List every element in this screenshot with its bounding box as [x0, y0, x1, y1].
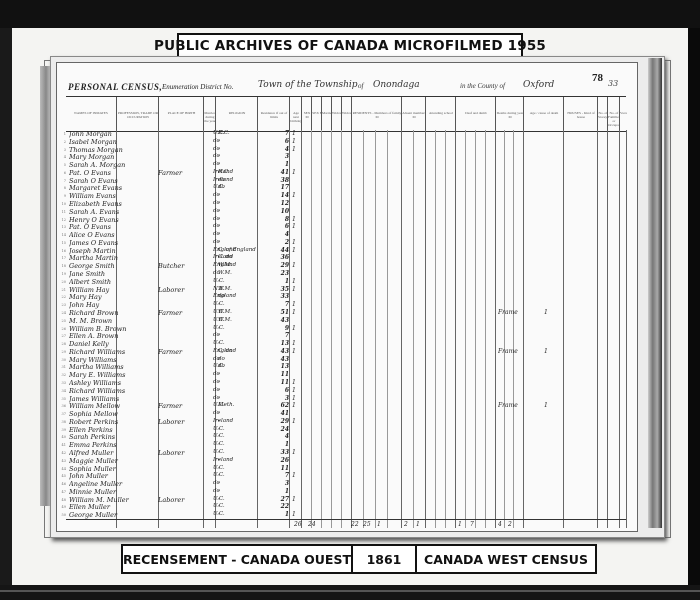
- religion: -: [218, 441, 258, 447]
- age: 1: [273, 511, 289, 518]
- row-number: 24: [58, 311, 66, 315]
- row-number: 6: [58, 171, 66, 175]
- religion: do: [218, 363, 258, 369]
- religion: -: [218, 223, 258, 229]
- age: 1: [273, 161, 289, 168]
- row-number: 4: [58, 155, 66, 159]
- religion: W.M.: [218, 262, 258, 268]
- col-header-vacant: Vacant: [619, 97, 627, 131]
- sex-mark: 1: [292, 247, 300, 254]
- row-number: 37: [58, 412, 66, 416]
- sex-mark: 1: [292, 418, 300, 425]
- age: 35: [273, 286, 289, 293]
- row-number: 41: [58, 443, 66, 447]
- row-number: 26: [58, 327, 66, 331]
- religion: -: [218, 496, 258, 502]
- row-number: 1: [58, 132, 66, 136]
- sex-mark: 1: [292, 387, 300, 394]
- religion: -: [218, 371, 258, 377]
- religion: do: [218, 293, 258, 299]
- microfilm-bottom-line: [0, 590, 700, 592]
- age: 13: [273, 340, 289, 347]
- storeys: 1: [544, 348, 564, 355]
- of-label: of: [358, 82, 363, 90]
- age: 27: [273, 496, 289, 503]
- religion: W.M.: [218, 309, 258, 315]
- religion: -: [218, 153, 258, 159]
- sex-mark: 1: [292, 301, 300, 308]
- religion: -: [218, 449, 258, 455]
- age: 1: [273, 488, 289, 495]
- form-title: PERSONAL CENSUS,: [68, 82, 162, 92]
- religion: -: [218, 231, 258, 237]
- row-number: 44: [58, 467, 66, 471]
- sex-mark: 1: [292, 262, 300, 269]
- row-number: 20: [58, 280, 66, 284]
- total-col-b: 1: [416, 521, 420, 528]
- sex-mark: 1: [292, 340, 300, 347]
- sex-mark: 1: [292, 138, 300, 145]
- age: 11: [273, 371, 289, 378]
- footer-year: 1861: [353, 546, 417, 572]
- row-number: 18: [58, 264, 66, 268]
- religion: -: [218, 340, 258, 346]
- grid-line: [626, 130, 627, 528]
- age: 26: [273, 457, 289, 464]
- religion: -: [218, 161, 258, 167]
- age: 36: [273, 254, 289, 261]
- age: 7: [273, 301, 289, 308]
- age: 22: [273, 503, 289, 510]
- total-col-d: 7: [470, 521, 474, 528]
- col-header-infirmities: Deaf and dumb: [455, 97, 496, 131]
- row-number: 3: [58, 148, 66, 152]
- religion: Meth.: [218, 402, 258, 408]
- col-header-names: NAMES OF INMATES: [66, 97, 116, 131]
- religion: do: [218, 356, 258, 362]
- row-number: 25: [58, 319, 66, 323]
- row-number: 10: [58, 202, 66, 206]
- col-header-school: Attending school: [425, 97, 456, 131]
- sex-mark: 1: [292, 286, 300, 293]
- age: 1: [273, 278, 289, 285]
- religion: -: [218, 472, 258, 478]
- age: 3: [273, 480, 289, 487]
- row-number: 29: [58, 350, 66, 354]
- row-number: 50: [58, 513, 66, 517]
- census-footer-banner: RECENSEMENT - CANADA OUEST 1861 CANADA W…: [121, 544, 597, 574]
- age: 41: [273, 169, 289, 176]
- page-number-suffix: 33: [608, 79, 618, 88]
- row-number: 34: [58, 389, 66, 393]
- religion: -: [218, 488, 258, 494]
- sex-mark: 1: [292, 348, 300, 355]
- row-number: 13: [58, 225, 66, 229]
- religion: W.M.: [218, 286, 258, 292]
- row-number: 21: [58, 288, 66, 292]
- storeys: 1: [544, 402, 564, 409]
- religion: -: [218, 301, 258, 307]
- religion: do: [218, 177, 258, 183]
- age: 38: [273, 177, 289, 184]
- table-header: NAMES OF INMATES PROFESSION, TRADE OR OC…: [66, 96, 626, 132]
- sex-mark: 1: [292, 223, 300, 230]
- col-header-birthplace: PLACE OF BIRTH: [158, 97, 204, 131]
- age: 24: [273, 426, 289, 433]
- total-members-f: 1: [377, 521, 381, 528]
- row-number: 7: [58, 179, 66, 183]
- col-header-absent: Absent members M: [401, 97, 426, 131]
- sex-mark: 1: [292, 472, 300, 479]
- county-value: Oxford: [523, 80, 554, 90]
- row-number: 27: [58, 334, 66, 338]
- row-number: 43: [58, 459, 66, 463]
- row-number: 49: [58, 505, 66, 509]
- religion: C. of England: [218, 247, 258, 253]
- sex-mark: 1: [292, 216, 300, 223]
- row-number: 2: [58, 140, 66, 144]
- row-number: 17: [58, 256, 66, 260]
- age: 29: [273, 418, 289, 425]
- age: 3: [273, 395, 289, 402]
- age: 17: [273, 184, 289, 191]
- sex-mark: 1: [292, 130, 300, 137]
- age: 7: [273, 472, 289, 479]
- religion: C. do: [218, 254, 258, 260]
- age: 33: [273, 449, 289, 456]
- age: 23: [273, 270, 289, 277]
- religion: -: [218, 239, 258, 245]
- county-label: in the County of: [460, 82, 505, 90]
- age: 11: [273, 379, 289, 386]
- religion: R.C.: [218, 130, 258, 136]
- form-title-row: PERSONAL CENSUS, Enumeration District No…: [68, 80, 628, 94]
- sex-mark: 1: [292, 395, 300, 402]
- sex-mark: 1: [292, 379, 300, 386]
- religion: -: [218, 433, 258, 439]
- age: 6: [273, 138, 289, 145]
- district-value: Town of the Township: [258, 80, 358, 90]
- religion: -: [218, 480, 258, 486]
- age: 12: [273, 200, 289, 207]
- total-sex-f: 24: [308, 521, 316, 528]
- row-number: 16: [58, 249, 66, 253]
- row-number: 23: [58, 303, 66, 307]
- religion: -: [218, 216, 258, 222]
- age: 43: [273, 348, 289, 355]
- sex-mark: 1: [292, 496, 300, 503]
- row-number: 9: [58, 194, 66, 198]
- footer-english-title: CANADA WEST CENSUS: [417, 546, 595, 572]
- ledger-page-edges: [648, 58, 662, 528]
- religion: -: [218, 465, 258, 471]
- total-sex-m: 26: [294, 521, 302, 528]
- row-number: 48: [58, 498, 66, 502]
- religion: -: [218, 379, 258, 385]
- sex-mark: 1: [292, 192, 300, 199]
- age: 13: [273, 363, 289, 370]
- district-label: Enumeration District No.: [162, 83, 233, 91]
- row-number: 42: [58, 451, 66, 455]
- age: 62: [273, 402, 289, 409]
- row-number: 15: [58, 241, 66, 245]
- age: 44: [273, 247, 289, 254]
- age: 29: [273, 262, 289, 269]
- age: 33: [273, 293, 289, 300]
- sex-mark: 1: [292, 325, 300, 332]
- age: 43: [273, 356, 289, 363]
- age: 9: [273, 325, 289, 332]
- religion: C. do: [218, 348, 258, 354]
- religion: W.M.: [218, 317, 258, 323]
- row-number: 30: [58, 358, 66, 362]
- totals-row: 26 24 22 25 1 2 1 1 7 4 2: [66, 519, 626, 530]
- col-header-residents: RESIDENTS - Members of family M: [351, 97, 402, 131]
- page-number: 78: [592, 72, 603, 84]
- row-number: 8: [58, 186, 66, 190]
- age: 1: [273, 441, 289, 448]
- age: 6: [273, 387, 289, 394]
- religion: -: [218, 395, 258, 401]
- row-number: 11: [58, 210, 66, 214]
- religion: -: [218, 200, 258, 206]
- religion: -: [218, 278, 258, 284]
- col-header-residence: Residence if out of limits: [257, 97, 290, 131]
- row-number: 33: [58, 381, 66, 385]
- age: 6: [273, 223, 289, 230]
- sex-mark: 1: [292, 309, 300, 316]
- religion: -: [218, 192, 258, 198]
- row-number: 36: [58, 404, 66, 408]
- sex-mark: 1: [292, 449, 300, 456]
- total-col-f: 2: [508, 521, 512, 528]
- microfilm-left-border: [0, 28, 12, 588]
- age: 11: [273, 465, 289, 472]
- col-header-house-kind: HOUSES - Kind of house: [563, 97, 598, 131]
- sex-mark: 1: [292, 511, 300, 518]
- row-number: 35: [58, 397, 66, 401]
- religion: -: [218, 146, 258, 152]
- religion: -: [218, 208, 258, 214]
- religion: -: [218, 410, 258, 416]
- microfilm-right-border: [688, 28, 700, 588]
- footer-french-title: RECENSEMENT - CANADA OUEST: [123, 546, 353, 572]
- row-number: 31: [58, 365, 66, 369]
- sex-mark: 1: [292, 146, 300, 153]
- row-number: 45: [58, 474, 66, 478]
- township-value: Onondaga: [373, 80, 420, 90]
- census-grid: 1John MorganU.C.R.C.712Isabel Morgando-6…: [66, 130, 626, 528]
- religion: W.M.: [218, 270, 258, 276]
- religion: -: [218, 387, 258, 393]
- religion: -: [218, 457, 258, 463]
- age: 8: [273, 216, 289, 223]
- total-col-c: 1: [458, 521, 462, 528]
- religion: -: [218, 418, 258, 424]
- total-married: 22: [351, 521, 359, 528]
- col-header-occupation: PROFESSION, TRADE OR OCCUPATION: [116, 97, 159, 131]
- sex-mark: 1: [292, 169, 300, 176]
- religion: -: [218, 511, 258, 517]
- age: 51: [273, 309, 289, 316]
- age: 43: [273, 317, 289, 324]
- age: 4: [273, 231, 289, 238]
- row-number: 39: [58, 428, 66, 432]
- sex-mark: 1: [292, 402, 300, 409]
- row-number: 38: [58, 420, 66, 424]
- row-number: 14: [58, 233, 66, 237]
- total-col-e: 4: [498, 521, 502, 528]
- religion: -: [218, 325, 258, 331]
- religion: -: [218, 332, 258, 338]
- row-number: 28: [58, 342, 66, 346]
- col-header-death-cause: Age / cause of death: [523, 97, 564, 131]
- row-number: 5: [58, 163, 66, 167]
- sex-mark: 1: [292, 278, 300, 285]
- age: 4: [273, 433, 289, 440]
- row-number: 46: [58, 482, 66, 486]
- religion: -: [218, 426, 258, 432]
- row-number: 47: [58, 490, 66, 494]
- total-members-m: 25: [363, 521, 371, 528]
- age: 7: [273, 130, 289, 137]
- row-number: 22: [58, 295, 66, 299]
- religion: R.C.: [218, 169, 258, 175]
- age: 10: [273, 208, 289, 215]
- microfilm-bottom-border: [0, 585, 700, 600]
- religion: -: [218, 138, 258, 144]
- row-number: 12: [58, 218, 66, 222]
- age: 41: [273, 410, 289, 417]
- sex-mark: 1: [292, 239, 300, 246]
- row-number: 40: [58, 435, 66, 439]
- total-col-a: 2: [404, 521, 408, 528]
- age: 4: [273, 146, 289, 153]
- row-number: 19: [58, 272, 66, 276]
- storeys: 1: [544, 309, 564, 316]
- age: 2: [273, 239, 289, 246]
- religion: -: [218, 503, 258, 509]
- age: 3: [273, 153, 289, 160]
- microfilm-top-border: [0, 0, 700, 28]
- col-header-religion: RELIGION: [215, 97, 258, 131]
- col-header-deaths: Deaths during year M: [495, 97, 524, 131]
- row-number: 32: [58, 373, 66, 377]
- age: 14: [273, 192, 289, 199]
- religion: do: [218, 184, 258, 190]
- age: 7: [273, 332, 289, 339]
